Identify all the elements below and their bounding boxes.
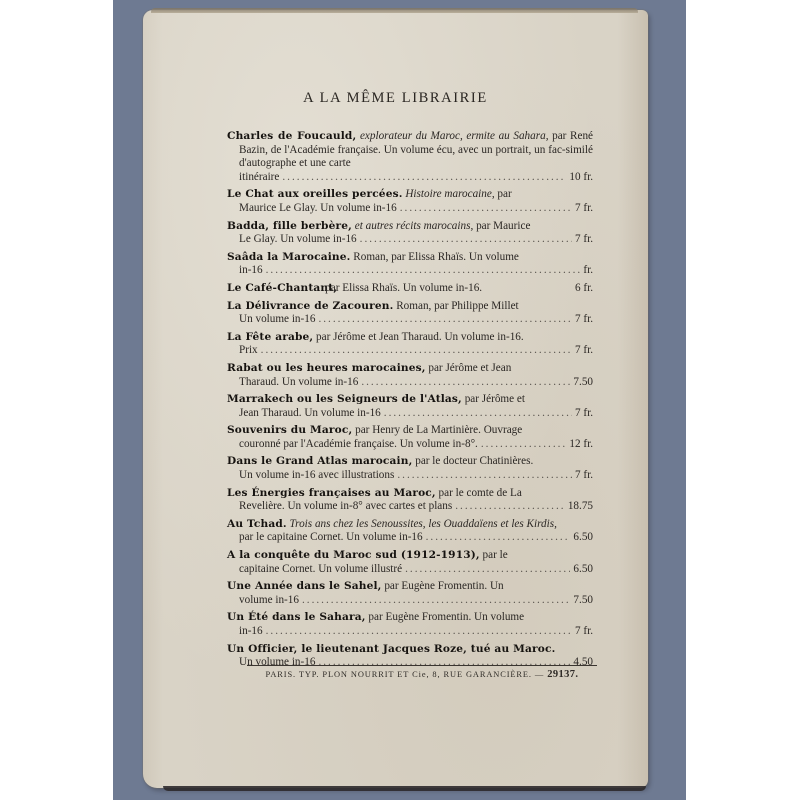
dot-leader: [481, 438, 567, 452]
book-title: Charles de Foucauld,: [227, 130, 356, 142]
catalog-entry: Rabat ou les heures marocaines, par Jérô…: [227, 362, 593, 389]
entry-description: Souvenirs du Maroc, par Henry de La Mart…: [239, 424, 593, 438]
imprint-divider: [247, 665, 597, 666]
book-title: Badda, fille berbère,: [227, 220, 352, 232]
catalog-entry: Souvenirs du Maroc, par Henry de La Mart…: [227, 424, 593, 451]
entry-description: Un Été dans le Sahara, par Eugène Fromen…: [239, 611, 593, 625]
volume-info: in-16: [239, 625, 263, 639]
volume-info: Maurice Le Glay. Un volume in-16: [239, 202, 397, 216]
entry-description: Badda, fille berbère, et autres récits m…: [239, 220, 593, 234]
imprint-number: 29137.: [547, 669, 578, 680]
catalog-entry: Badda, fille berbère, et autres récits m…: [227, 220, 593, 247]
book-title: Le Chat aux oreilles percées.: [227, 188, 403, 200]
catalog-entry: Un Été dans le Sahara, par Eugène Fromen…: [227, 611, 593, 638]
entry-description: Saâda la Marocaine. Roman, par Elissa Rh…: [239, 251, 593, 265]
volume-info: capitaine Cornet. Un volume illustré: [239, 563, 402, 577]
book-price: 7 fr.: [575, 233, 593, 247]
entry-description: Rabat ou les heures marocaines, par Jérô…: [239, 362, 593, 376]
book-details: par le docteur Chatinières.: [415, 455, 533, 467]
price-line: Maurice Le Glay. Un volume in-167 fr.: [239, 202, 593, 216]
catalog-entry: Saâda la Marocaine. Roman, par Elissa Rh…: [227, 251, 593, 278]
volume-info: Un volume in-16 avec illustrations: [239, 469, 394, 483]
volume-info: Un volume in-16: [239, 656, 315, 670]
book-price: fr.: [583, 264, 593, 278]
dot-leader: [384, 407, 572, 421]
price-line: in-167 fr.: [239, 625, 593, 639]
price-line: Un volume in-16 avec illustrations7 fr.: [239, 469, 593, 483]
price-line: Jean Tharaud. Un volume in-167 fr.: [239, 407, 593, 421]
book-price: 7 fr.: [575, 344, 593, 358]
volume-info: itinéraire: [239, 171, 279, 185]
book-title: Un Été dans le Sahara,: [227, 611, 366, 623]
catalog-entry: Les Énergies françaises au Maroc, par le…: [227, 487, 593, 514]
volume-info: Revelière. Un volume in-8° avec cartes e…: [239, 500, 452, 514]
book-title: Souvenirs du Maroc,: [227, 424, 352, 436]
book-title: La Fête arabe,: [227, 331, 313, 343]
entry-description: Dans le Grand Atlas marocain, par le doc…: [239, 455, 593, 469]
price-line: couronné par l'Académie française. Un vo…: [239, 438, 593, 452]
dot-leader: [400, 202, 572, 216]
entry-description: La Délivrance de Zacouren. Roman, par Ph…: [239, 300, 593, 314]
entry-description: Une Année dans le Sahel, par Eugène From…: [239, 580, 593, 594]
book-price: 7.50: [573, 594, 593, 608]
dot-leader: [282, 171, 566, 185]
book-details: Roman, par Philippe Millet: [396, 300, 518, 312]
dot-leader: [426, 531, 571, 545]
price-line: par le capitaine Cornet. Un volume in-16…: [239, 531, 593, 545]
dot-leader: [405, 563, 570, 577]
dot-leader: [397, 469, 572, 483]
book-price: 18.75: [568, 500, 593, 514]
catalog-entry: Au Tchad. Trois ans chez les Senoussites…: [227, 518, 593, 545]
price-line: Tharaud. Un volume in-167.50: [239, 376, 593, 390]
book-subtitle: Trois ans chez les Senoussites, les Ouad…: [290, 518, 557, 530]
book-subtitle: Histoire marocaine,: [405, 188, 494, 200]
volume-info: Un volume in-16: [239, 313, 315, 327]
book-title: Saâda la Marocaine.: [227, 251, 350, 263]
entry-description: La Fête arabe, par Jérôme et Jean Tharau…: [239, 331, 593, 345]
entry-description: Le Café-Chantant, par Elissa Rhaïs. Un v…: [239, 282, 593, 296]
volume-info: Prix: [239, 344, 258, 358]
entry-description: Au Tchad. Trois ans chez les Senoussites…: [239, 518, 593, 532]
book-title: Rabat ou les heures marocaines,: [227, 362, 426, 374]
book-title: Un Officier, le lieutenant Jacques Roze,…: [227, 643, 555, 655]
book-details: par Eugène Fromentin. Un: [384, 580, 503, 592]
book-details: par Henry de La Martinière. Ouvrage: [355, 424, 522, 436]
book-price: 6.50: [573, 531, 593, 545]
book-subtitle: et autres récits marocains,: [355, 220, 474, 232]
catalog-entry: La Délivrance de Zacouren. Roman, par Ph…: [227, 300, 593, 327]
entry-description: Marrakech ou les Seigneurs de l'Atlas, p…: [239, 393, 593, 407]
dot-leader: [318, 656, 570, 670]
book-title: La Délivrance de Zacouren.: [227, 300, 393, 312]
book-title: Le Café-Chantant,: [239, 282, 337, 296]
price-line: in-16fr.: [239, 264, 593, 278]
book-details: par le comte de La: [439, 487, 522, 499]
catalog-entry: Le Café-Chantant, par Elissa Rhaïs. Un v…: [227, 282, 593, 296]
dot-leader: [261, 344, 572, 358]
book-price: 10 fr.: [569, 171, 593, 185]
volume-info: in-16: [239, 264, 263, 278]
dot-leader: [318, 313, 572, 327]
book-price: 7.50: [573, 376, 593, 390]
book-price: 7 fr.: [575, 625, 593, 639]
book-price: 6.50: [573, 563, 593, 577]
entry-description: A la conquête du Maroc sud (1912-1913), …: [239, 549, 593, 563]
book-price: 4.50: [573, 656, 593, 670]
dot-leader: [455, 500, 565, 514]
dot-leader: [360, 233, 572, 247]
catalog-heading: A LA MÊME LIBRAIRIE: [143, 90, 648, 107]
book-price: 7 fr.: [575, 407, 593, 421]
imprint-text: PARIS. TYP. PLON NOURRIT ET Cie, 8, RUE …: [266, 670, 545, 679]
book-title: Une Année dans le Sahel,: [227, 580, 382, 592]
volume-info: Jean Tharaud. Un volume in-16: [239, 407, 381, 421]
price-line: Revelière. Un volume in-8° avec cartes e…: [239, 500, 593, 514]
catalog-entry: A la conquête du Maroc sud (1912-1913), …: [227, 549, 593, 576]
book-subtitle: explorateur du Maroc, ermite au Sahara,: [360, 130, 549, 142]
catalog-entry: La Fête arabe, par Jérôme et Jean Tharau…: [227, 331, 593, 358]
book-title: A la conquête du Maroc sud (1912-1913),: [227, 549, 480, 561]
book-details: par Jérôme et Jean Tharaud. Un volume in…: [316, 331, 524, 343]
volume-info: Le Glay. Un volume in-16: [239, 233, 357, 247]
catalog-entry: Charles de Foucauld, explorateur du Maro…: [227, 130, 593, 184]
price-line: Un volume in-167 fr.: [239, 313, 593, 327]
book-price: 7 fr.: [575, 202, 593, 216]
catalog-entry: Dans le Grand Atlas marocain, par le doc…: [227, 455, 593, 482]
book-details: par Eugène Fromentin. Un volume: [368, 611, 524, 623]
book-price: 7 fr.: [575, 313, 593, 327]
entry-description: Le Chat aux oreilles percées. Histoire m…: [239, 188, 593, 202]
entry-description: Un Officier, le lieutenant Jacques Roze,…: [239, 643, 593, 657]
entry-description: Charles de Foucauld, explorateur du Maro…: [239, 130, 593, 171]
price-line: volume in-167.50: [239, 594, 593, 608]
page-bottom-edge: [163, 786, 646, 791]
book-details: par Jérôme et: [465, 393, 525, 405]
book-details: par Jérôme et Jean: [428, 362, 511, 374]
page-top-edge: [151, 8, 638, 13]
book-price: 6 fr.: [587, 282, 593, 296]
catalog-list: Charles de Foucauld, explorateur du Maro…: [227, 130, 593, 674]
book-title: Marrakech ou les Seigneurs de l'Atlas,: [227, 393, 462, 405]
price-line: itinéraire10 fr.: [239, 171, 593, 185]
dot-leader: [302, 594, 570, 608]
book-details: par le: [483, 549, 508, 561]
price-line: Prix7 fr.: [239, 344, 593, 358]
book-back-cover: A LA MÊME LIBRAIRIE Charles de Foucauld,…: [143, 10, 648, 788]
volume-info: par le capitaine Cornet. Un volume in-16: [239, 531, 423, 545]
dot-leader: [266, 625, 572, 639]
book-title: Dans le Grand Atlas marocain,: [227, 455, 412, 467]
volume-info: couronné par l'Académie française. Un vo…: [239, 438, 478, 452]
book-details: par: [497, 188, 511, 200]
book-title: Les Énergies françaises au Maroc,: [227, 487, 436, 499]
book-details: par Maurice: [476, 220, 530, 232]
price-line: capitaine Cornet. Un volume illustré6.50: [239, 563, 593, 577]
dot-leader: [361, 376, 570, 390]
catalog-entry: Le Chat aux oreilles percées. Histoire m…: [227, 188, 593, 215]
book-details: Roman, par Elissa Rhaïs. Un volume: [353, 251, 519, 263]
price-line: Un volume in-164.50: [239, 656, 593, 670]
catalog-entry: Une Année dans le Sahel, par Eugène From…: [227, 580, 593, 607]
book-price: 7 fr.: [575, 469, 593, 483]
catalog-entry: Marrakech ou les Seigneurs de l'Atlas, p…: [227, 393, 593, 420]
price-line: Le Glay. Un volume in-167 fr.: [239, 233, 593, 247]
dot-leader: [266, 264, 581, 278]
printer-imprint: PARIS. TYP. PLON NOURRIT ET Cie, 8, RUE …: [247, 669, 597, 680]
entry-description: Les Énergies françaises au Maroc, par le…: [239, 487, 593, 501]
book-title: Au Tchad.: [227, 518, 287, 530]
book-price: 12 fr.: [569, 438, 593, 452]
volume-info: volume in-16: [239, 594, 299, 608]
book-details: par Elissa Rhaïs. Un volume in-16.: [337, 282, 482, 296]
volume-info: Tharaud. Un volume in-16: [239, 376, 358, 390]
